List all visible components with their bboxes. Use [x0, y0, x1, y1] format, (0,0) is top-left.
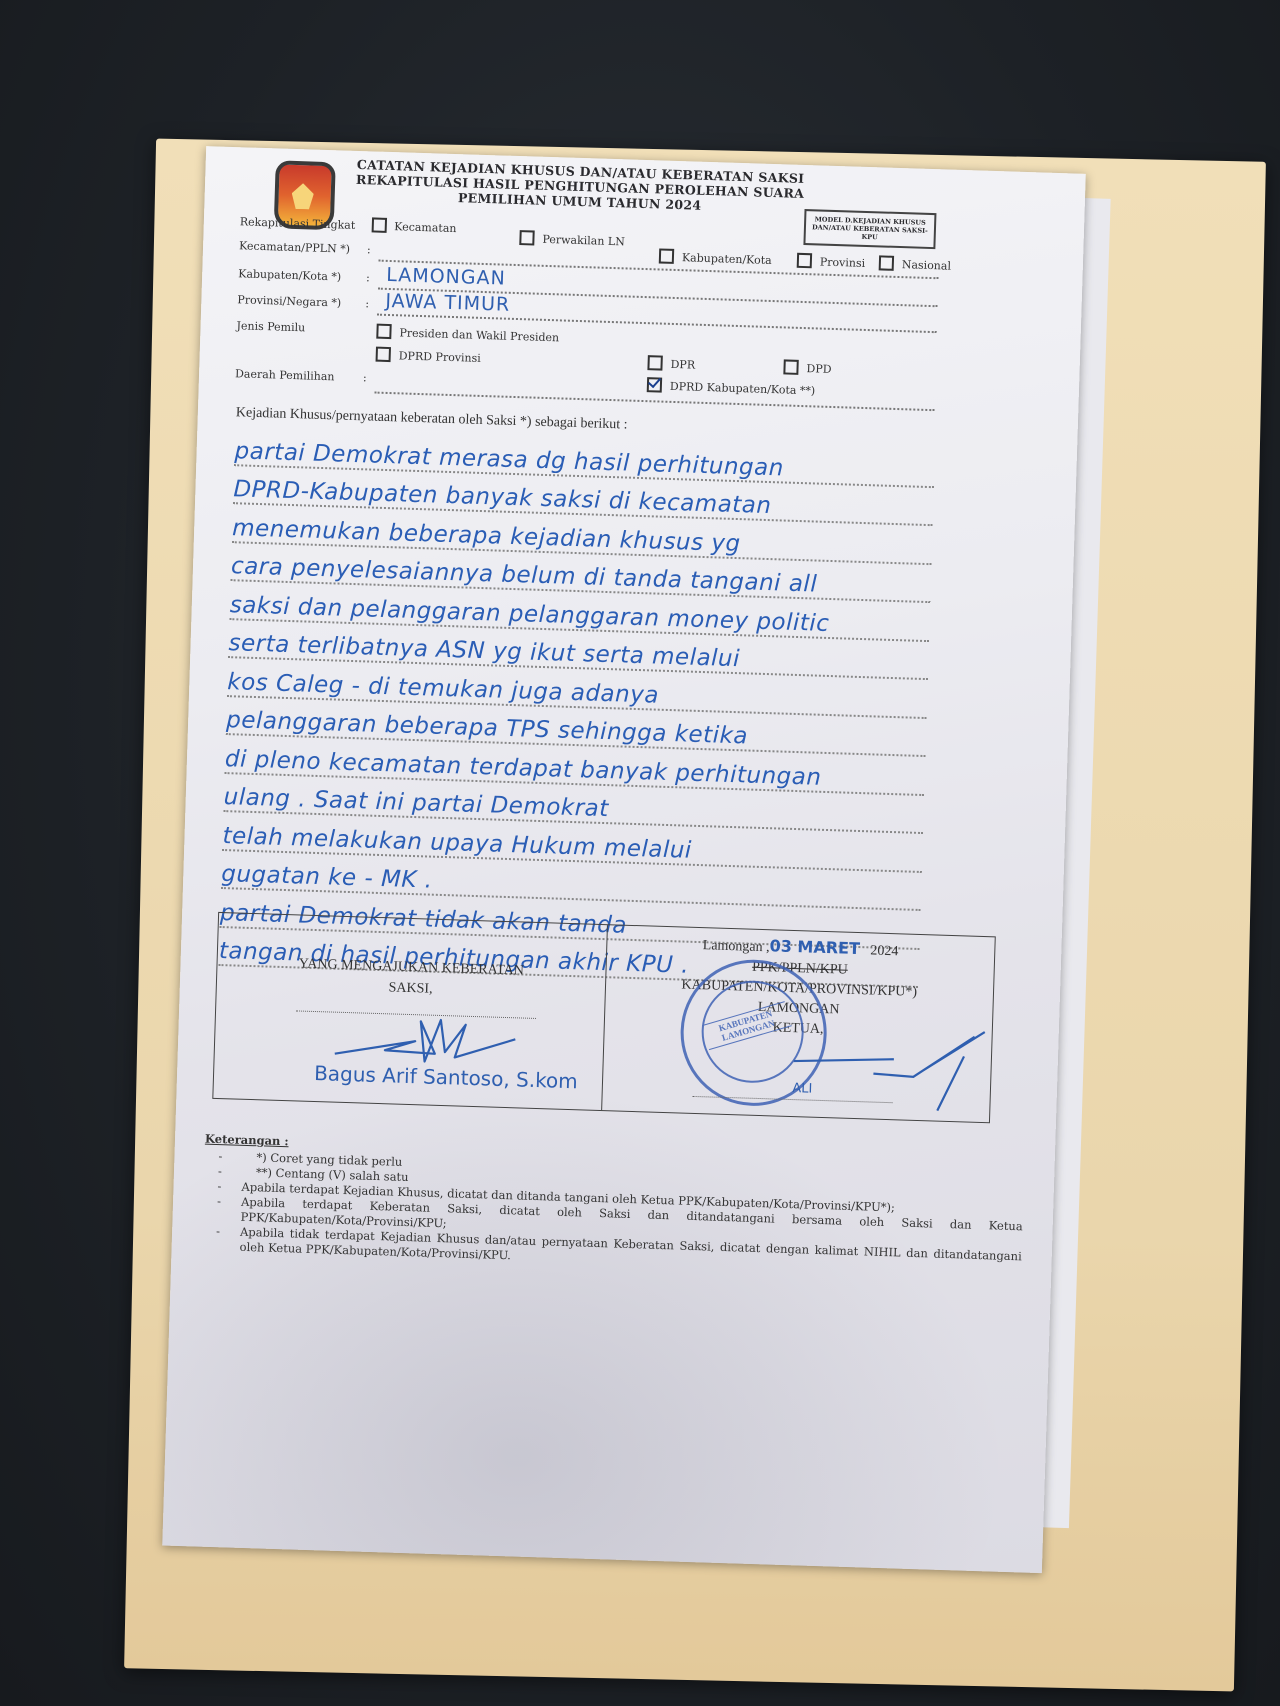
- option-perwakilan-ln: Perwakilan LN: [542, 233, 625, 249]
- checkbox-nasional[interactable]: [879, 255, 894, 270]
- option-perwakilan-ln-wrap: Perwakilan LN: [519, 230, 625, 248]
- garuda-icon: [291, 183, 314, 210]
- signature-table: YANG MENGAJUKAN KEBERATAN SAKSI, Bagus A…: [212, 912, 995, 1123]
- kecamatan-row: Kecamatan/PPLN *):: [239, 239, 371, 256]
- option-presiden-wrap: Presiden dan Wakil Presiden: [376, 324, 559, 345]
- provinsi-value[interactable]: JAWA TIMUR: [385, 290, 510, 316]
- kabupaten-row: Kabupaten/Kota *):: [238, 267, 370, 284]
- rekapitulasi-label: Rekapitulasi Tingkat: [240, 215, 368, 232]
- option-dprd-provinsi-wrap: DPRD Provinsi: [376, 347, 482, 365]
- shadow-overlay: [162, 1046, 1057, 1573]
- option-kabupaten-kota: Kabupaten/Kota: [682, 251, 772, 267]
- option-kecamatan: Kecamatan: [394, 220, 457, 235]
- jenis-pemilu-row: Jenis Pemilu: [236, 319, 364, 336]
- checkbox-kecamatan[interactable]: [371, 217, 386, 232]
- option-nasional: Nasional: [902, 258, 952, 273]
- checkbox-dprd-provinsi[interactable]: [376, 347, 391, 362]
- option-provinsi-wrap: Provinsi: [797, 253, 866, 270]
- checkbox-kabupaten-kota[interactable]: [659, 248, 674, 263]
- option-dpr-wrap: DPR: [647, 355, 695, 371]
- option-presiden: Presiden dan Wakil Presiden: [399, 326, 559, 344]
- daerah-row: Daerah Pemilihan:: [235, 367, 367, 384]
- chief-signature-cell: Lamongan ,03 MARET 2024 PPK/PPLN/KPU KAB…: [601, 925, 995, 1122]
- form-title: CATATAN KEJADIAN KHUSUS DAN/ATAU KEBERAT…: [345, 157, 816, 217]
- option-dprd-provinsi: DPRD Provinsi: [399, 349, 481, 365]
- kabupaten-value[interactable]: LAMONGAN: [386, 264, 506, 290]
- witness-name: Bagus Arif Santoso, S.kom: [314, 1061, 578, 1093]
- witness-signature-cell: YANG MENGAJUKAN KEBERATAN SAKSI, Bagus A…: [213, 913, 606, 1110]
- checkbox-perwakilan-ln[interactable]: [519, 230, 534, 245]
- option-kabupaten-wrap: Kabupaten/Kota: [659, 248, 772, 267]
- witness-heading: YANG MENGAJUKAN KEBERATAN SAKSI,: [217, 951, 606, 1005]
- notes-section: Keterangan : *) Coret yang tidak perlu *…: [201, 1132, 1024, 1280]
- date-handwritten: 03 MARET: [769, 936, 860, 958]
- option-dpd: DPD: [806, 362, 831, 376]
- daerah-label: Daerah Pemilihan: [235, 367, 363, 384]
- option-provinsi: Provinsi: [820, 256, 866, 270]
- option-dpd-wrap: DPD: [783, 359, 831, 376]
- kecamatan-label: Kecamatan/PPLN *): [239, 239, 367, 256]
- option-dprd-kabupaten-kota: DPRD Kabupaten/Kota **): [670, 380, 816, 398]
- checkbox-dpr[interactable]: [647, 355, 662, 370]
- checkbox-dpd[interactable]: [783, 359, 798, 374]
- option-dprd-kabkota-wrap: DPRD Kabupaten/Kota **): [647, 377, 816, 397]
- chief-name: ALI: [792, 1081, 812, 1097]
- checkbox-provinsi[interactable]: [797, 253, 812, 268]
- option-dpr: DPR: [670, 358, 695, 372]
- checkbox-presiden[interactable]: [376, 324, 391, 339]
- kabupaten-label: Kabupaten/Kota *): [238, 267, 366, 284]
- rekapitulasi-row: Rekapitulasi Tingkat Kecamatan: [240, 213, 457, 235]
- provinsi-row: Provinsi/Negara *):: [237, 293, 369, 310]
- form-sheet: CATATAN KEJADIAN KHUSUS DAN/ATAU KEBERAT…: [162, 146, 1086, 1573]
- jenis-pemilu-label: Jenis Pemilu: [236, 319, 364, 336]
- provinsi-label: Provinsi/Negara *): [237, 293, 365, 310]
- checkbox-dprd-kabupaten-kota[interactable]: [647, 377, 662, 392]
- model-code-box: MODEL D.KEJADIAN KHUSUS DAN/ATAU KEBERAT…: [803, 209, 936, 249]
- statement-lines[interactable]: partai Demokrat merasa dg hasil perhitun…: [218, 427, 935, 988]
- option-nasional-wrap: Nasional: [879, 255, 952, 272]
- daerah-field[interactable]: [375, 392, 935, 412]
